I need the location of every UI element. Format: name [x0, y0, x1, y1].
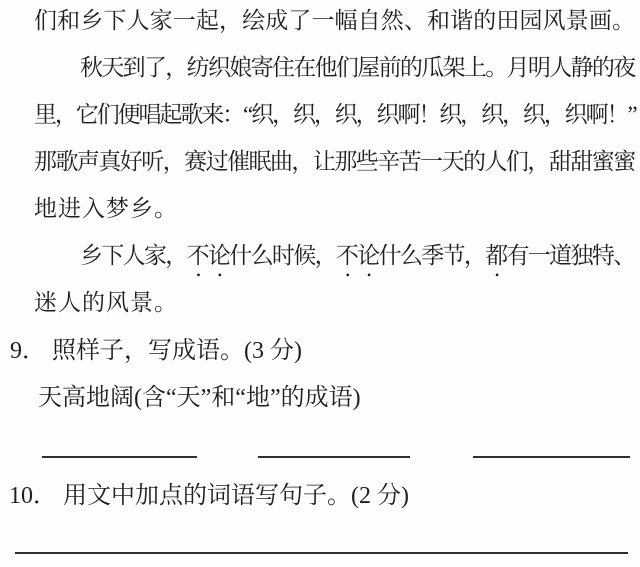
passage-text-segment: 乡下人家，: [80, 243, 187, 268]
emphasized-word: 都: [485, 243, 506, 268]
passage-text-segment: 有一道独特、: [507, 243, 634, 268]
reading-passage: 们和乡下人家一起，绘成了一幅自然、和谐的田园风景画。 秋天到了，纺织娘寄住在他们…: [34, 0, 634, 326]
answer-blanks-row: [42, 422, 630, 462]
answer-blank-3[interactable]: [473, 456, 630, 458]
passage-line-with-emphasis: 乡下人家，不论什么时候，不论什么季节，都有一道独特、: [34, 232, 634, 279]
passage-line: 迷人的风景。: [34, 279, 634, 326]
question-number: 9．: [10, 338, 46, 364]
answer-blank-1[interactable]: [42, 456, 197, 458]
question-10: 10．用文中加点的词语写句子。(2 分): [9, 481, 409, 511]
example-phrase: 天高地阔(含“天”和“地”的成语): [38, 383, 361, 413]
passage-line: 地进入梦乡。: [34, 185, 634, 232]
passage-text-segment: 什么时候，: [229, 243, 336, 268]
answer-line[interactable]: [15, 552, 628, 554]
passage-text-segment: 什么季节，: [379, 243, 486, 268]
passage-line: 里，它们便唱起歌来：“织，织，织，织啊！织，织，织，织啊！”: [34, 91, 634, 138]
emphasized-word: 不论: [187, 243, 230, 268]
passage-line: 秋天到了，纺织娘寄住在他们屋前的瓜架上。月明人静的夜: [34, 44, 634, 91]
answer-blank-2[interactable]: [258, 456, 410, 458]
question-9: 9．照样子，写成语。(3 分): [10, 336, 302, 366]
worksheet-page: 们和乡下人家一起，绘成了一幅自然、和谐的田园风景画。 秋天到了，纺织娘寄住在他们…: [0, 0, 640, 567]
question-number: 10．: [9, 483, 57, 509]
passage-line: 们和乡下人家一起，绘成了一幅自然、和谐的田园风景画。: [34, 0, 634, 44]
passage-line: 那歌声真好听，赛过催眠曲，让那些辛苦一天的人们，甜甜蜜蜜: [34, 138, 634, 185]
emphasized-word: 不论: [336, 243, 379, 268]
question-stem: 用文中加点的词语写句子。(2 分): [63, 483, 409, 509]
question-stem: 照样子，写成语。(3 分): [52, 338, 302, 364]
